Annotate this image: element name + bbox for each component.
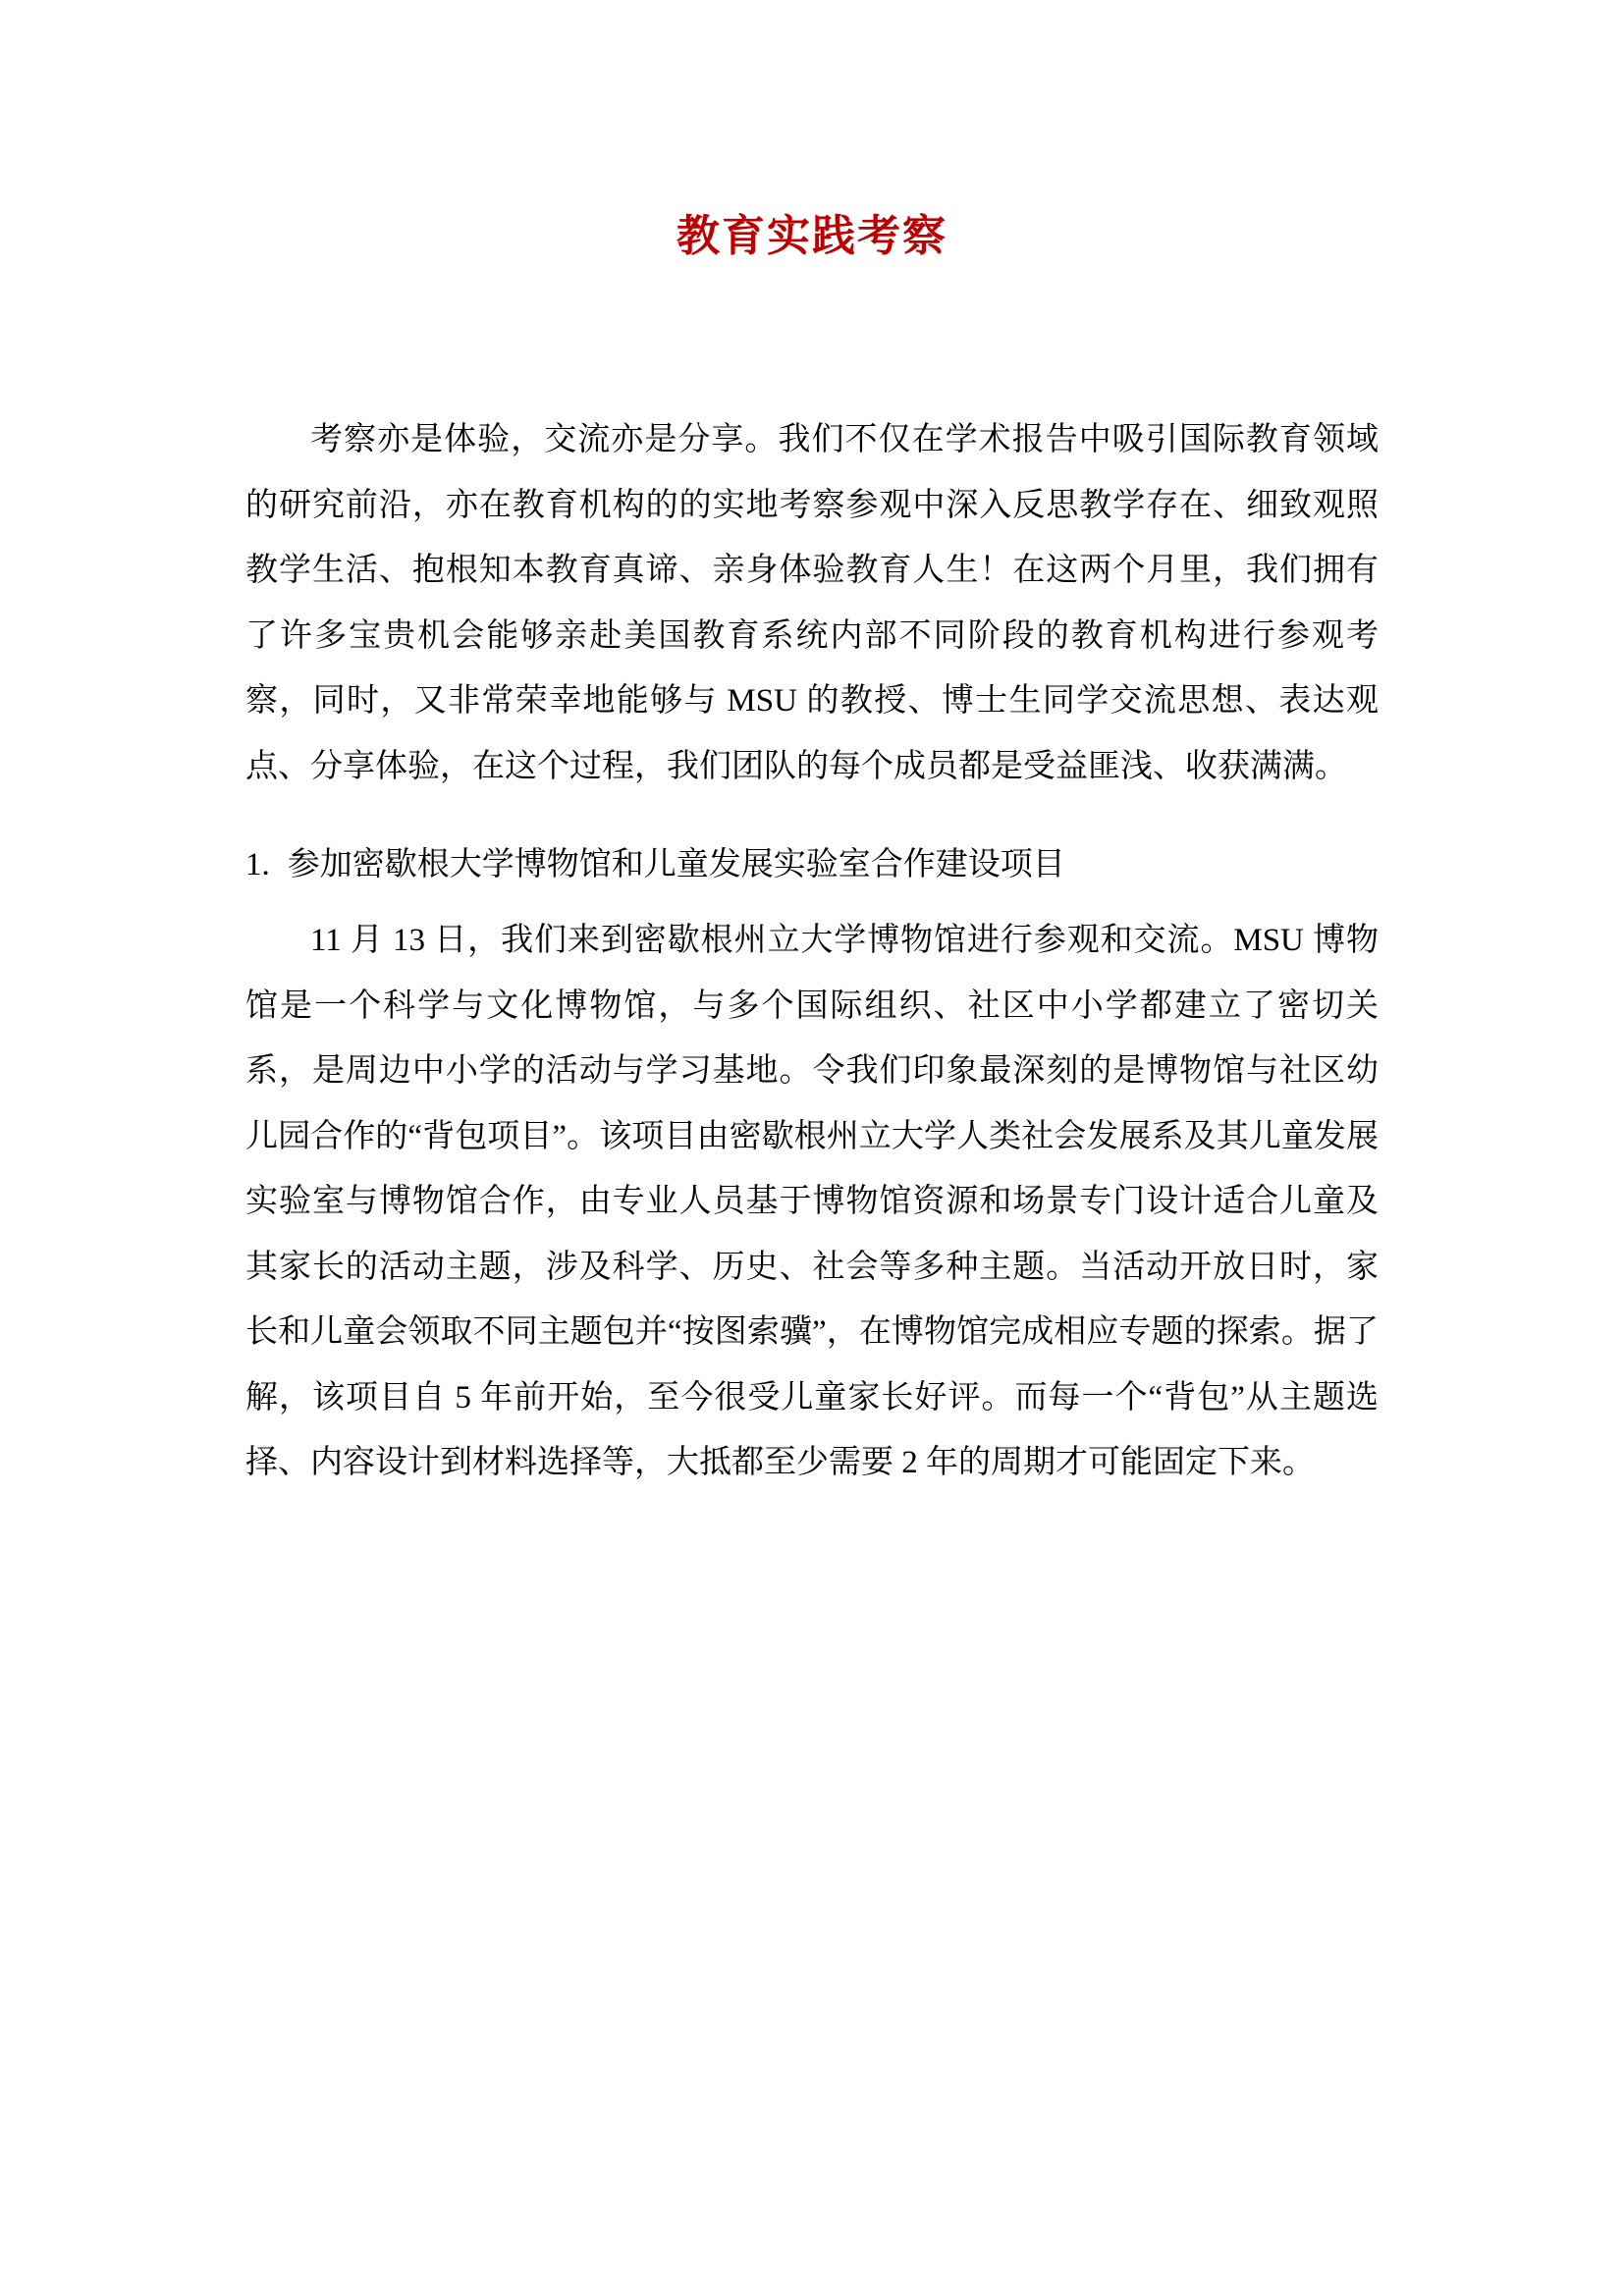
section-number: 1.	[245, 832, 270, 897]
document-content: 教育实践考察 考察亦是体验，交流亦是分享。我们不仅在学术报告中吸引国际教育领域的…	[0, 0, 1624, 1496]
paragraph-intro: 考察亦是体验，交流亦是分享。我们不仅在学术报告中吸引国际教育领域的研究前沿，亦在…	[245, 407, 1379, 799]
paragraph-museum-visit: 11 月 13 日，我们来到密歇根州立大学博物馆进行参观和交流。MSU 博物馆是…	[245, 908, 1379, 1496]
section-title: 参加密歇根大学博物馆和儿童发展实验室合作建设项目	[288, 847, 1065, 882]
document-title: 教育实践考察	[245, 0, 1379, 265]
document-page: 教育实践考察 考察亦是体验，交流亦是分享。我们不仅在学术报告中吸引国际教育领域的…	[0, 0, 1624, 2296]
section-heading-1: 1.参加密歇根大学博物馆和儿童发展实验室合作建设项目	[245, 832, 1379, 897]
